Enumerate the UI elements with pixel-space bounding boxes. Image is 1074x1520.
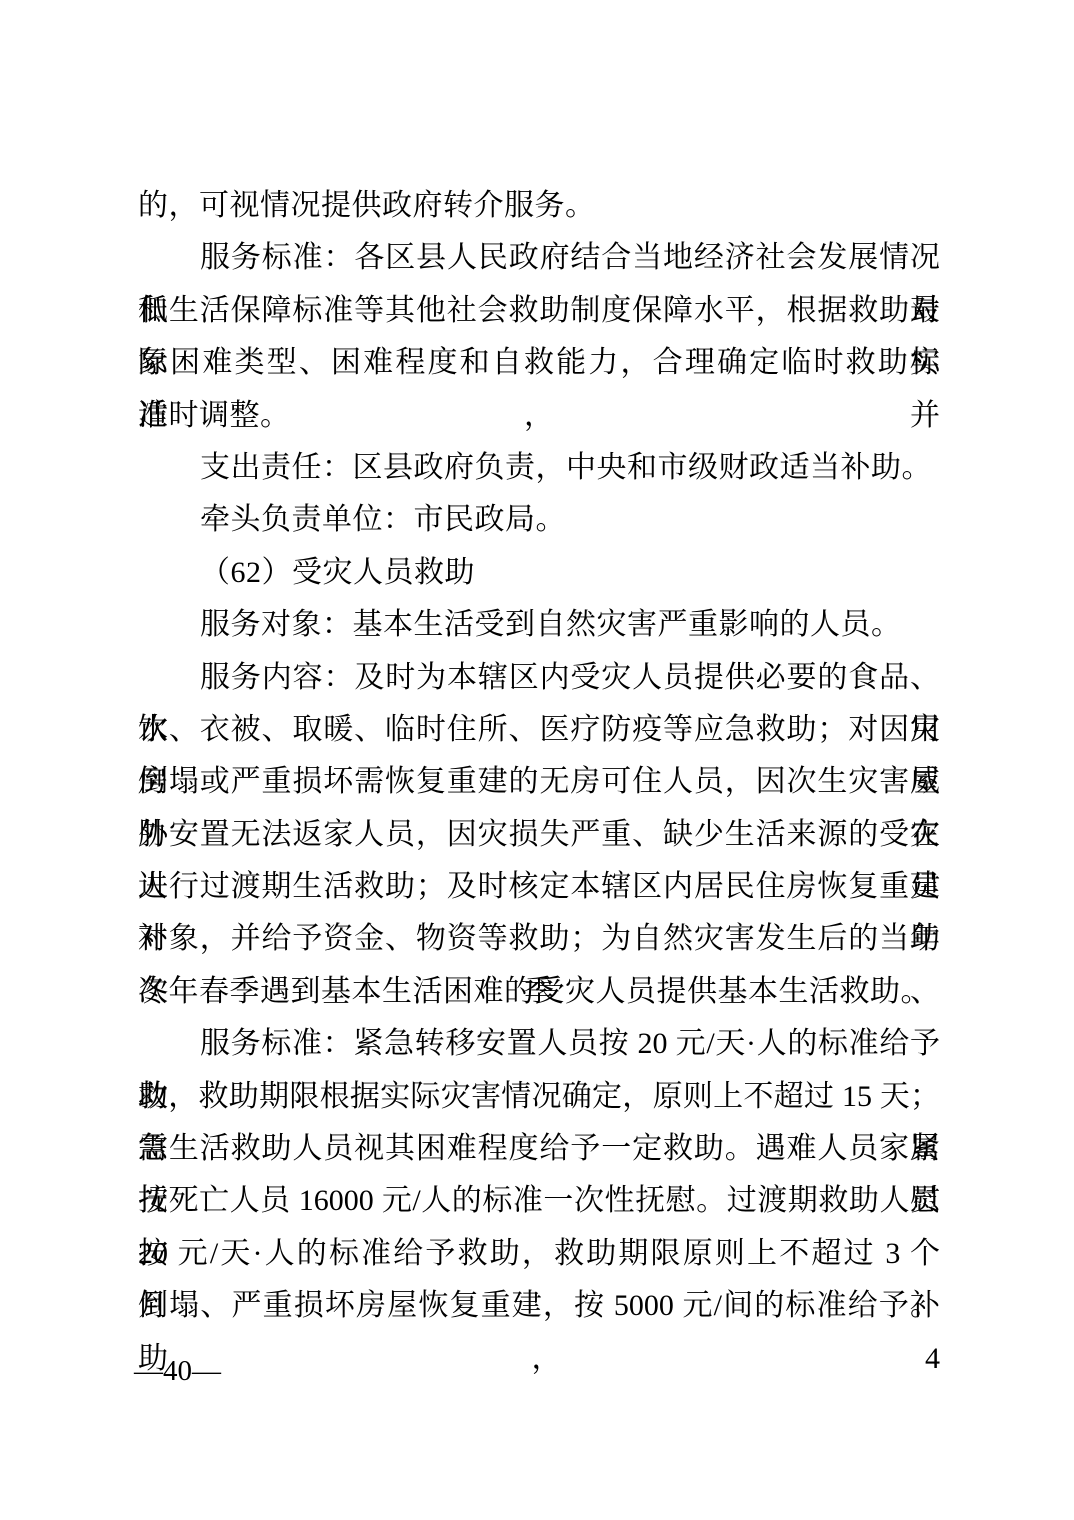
text-line: 外安置无法返家人员，因灾损失严重、缺少生活来源的受灾人员 [138, 809, 940, 861]
text-line: 低生活保障标准等其他社会救助制度保障水平，根据救助对象实 [138, 285, 940, 337]
text-line: 助，救助期限根据实际灾害情况确定，原则上不超过 15 天；需紧 [138, 1071, 940, 1123]
section-heading-62: （62）受灾人员救助 [138, 547, 940, 599]
text-line: 际困难类型、困难程度和自救能力，合理确定临时救助标准，并 [138, 337, 940, 389]
text-line: 牵头负责单位：市民政局。 [138, 494, 940, 546]
text-line: 支出责任：区县政府负责，中央和市级财政适当补助。 [138, 442, 940, 494]
text-line: 的，可视情况提供政府转介服务。 [138, 180, 940, 232]
text-line: 服务标准：各区县人民政府结合当地经济社会发展情况和最 [138, 232, 940, 284]
text-line: 服务标准：紧急转移安置人员按 20 元/天·人的标准给予救 [138, 1018, 940, 1070]
text-line: 倒塌或严重损坏需恢复重建的无房可住人员，因次生灾害威胁在 [138, 756, 940, 808]
text-line: 次年春季遇到基本生活困难的受灾人员提供基本生活救助。 [138, 966, 940, 1018]
text-line: 水、衣被、取暖、临时住所、医疗防疫等应急救助；对因灾房屋 [138, 704, 940, 756]
text-line: 对象，并给予资金、物资等救助；为自然灾害发生后的当年冬季、 [138, 913, 940, 965]
text-line: 进行过渡期生活救助；及时核定本辖区内居民住房恢复重建补助 [138, 861, 940, 913]
text-line: 急生活救助人员视其困难程度给予一定救助。遇难人员家属抚慰 [138, 1123, 940, 1175]
document-page: 的，可视情况提供政府转介服务。 服务标准：各区县人民政府结合当地经济社会发展情况… [0, 0, 1074, 1520]
text-line: 服务对象：基本生活受到自然灾害严重影响的人员。 [138, 599, 940, 651]
text-line: 倒塌、严重损坏房屋恢复重建，按 5000 元/间的标准给予补助，4 [138, 1280, 940, 1332]
page-number: —40— [134, 1350, 221, 1392]
text-line: 20 元/天·人的标准给予救助，救助期限原则上不超过 3 个月。 [138, 1228, 940, 1280]
document-text-block: 的，可视情况提供政府转介服务。 服务标准：各区县人民政府结合当地经济社会发展情况… [138, 180, 940, 1333]
text-line: 服务内容：及时为本辖区内受灾人员提供必要的食品、饮用 [138, 652, 940, 704]
text-line: 按死亡人员 16000 元/人的标准一次性抚慰。过渡期救助人员按 [138, 1175, 940, 1227]
